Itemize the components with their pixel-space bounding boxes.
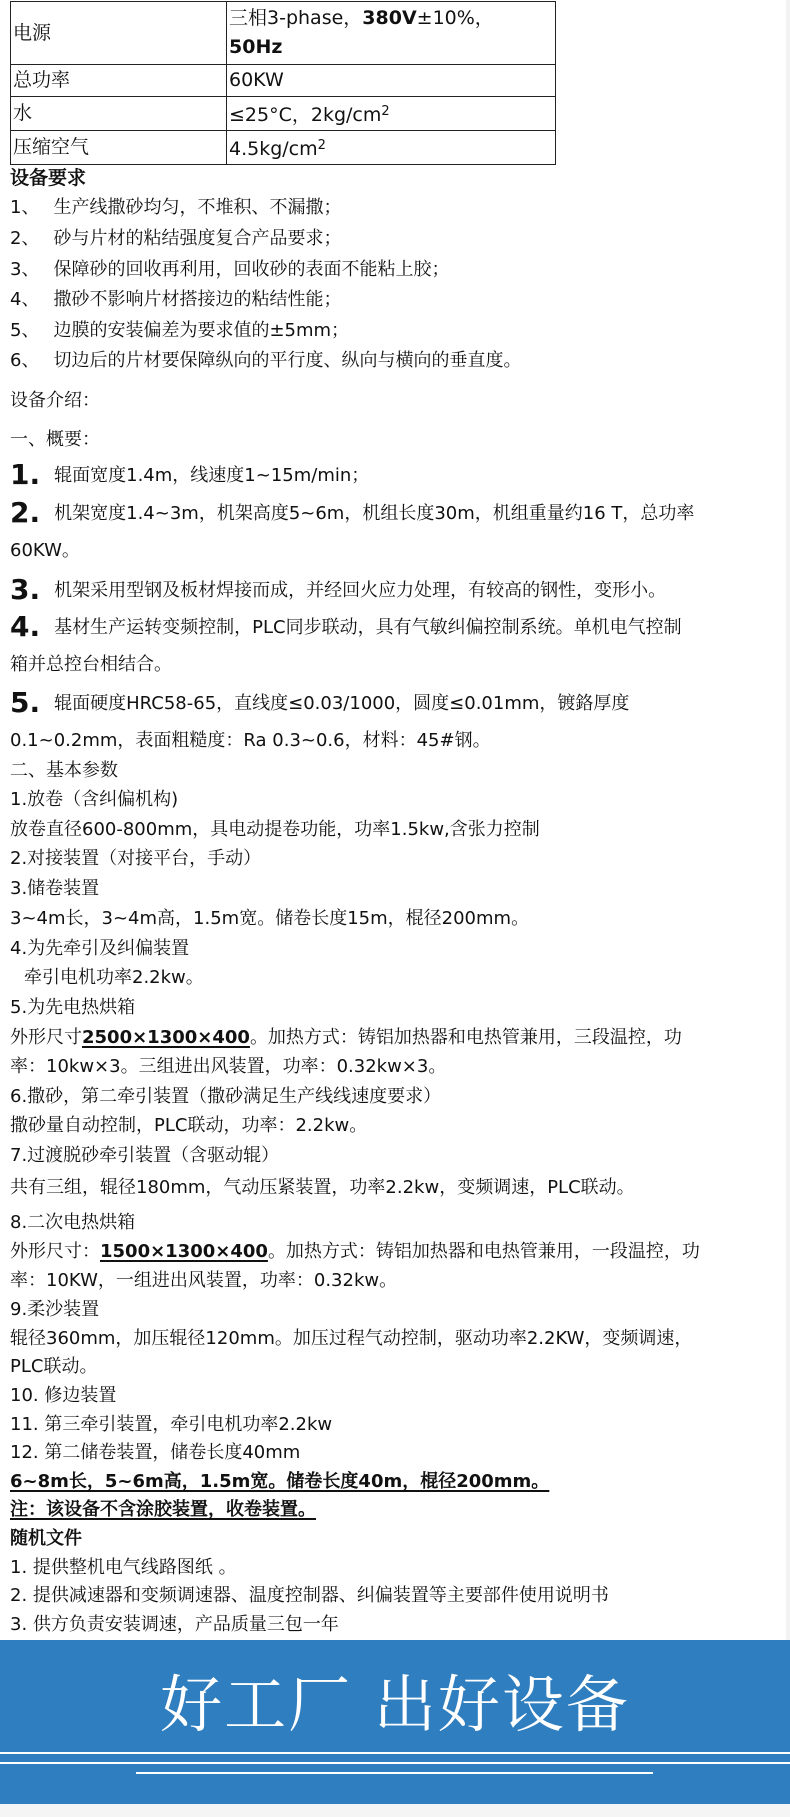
list-item: 2、砂与片材的粘结强度复合产品要求；: [10, 227, 341, 251]
spec-value: 三相3-phase，380V±10%，50Hz: [227, 2, 556, 65]
param-line: 共有三组，辊径180mm，气动压紧装置，功率2.2kw，变频调速，PLC联动。: [10, 1176, 635, 1200]
param-line: 2.对接装置（对接平台，手动）: [10, 847, 261, 871]
list-item: 1. 提供整机电气线路图纸 。: [10, 1556, 237, 1580]
list-item: 3、保障砂的回收再利用，回收砂的表面不能粘上胶；: [10, 258, 449, 282]
slogan-text: 好工厂 出好设备: [0, 1670, 790, 1740]
overview-title: 一、概要：: [10, 428, 100, 452]
list-item: 5、边膜的安装偏差为要求值的±5mm；: [10, 319, 349, 343]
spec-label: 水: [11, 97, 227, 131]
list-item: 5.辊面硬度HRC58-65，直线度≤0.03/1000，圆度≤0.01mm，镀…: [10, 691, 629, 716]
table-row: 总功率 60KW: [11, 65, 556, 97]
list-item-continuation: 箱并总控台相结合。: [10, 653, 172, 677]
param-line: 3.储卷装置: [10, 877, 99, 901]
requirements-title: 设备要求: [10, 166, 86, 190]
param-line: 外形尺寸2500×1300×400。加热方式：铸铝加热器和电热管兼用，三段温控，…: [10, 1026, 682, 1050]
spec-value: 60KW: [227, 65, 556, 97]
table-row: 水 ≤25°C，2kg/cm2: [11, 97, 556, 131]
note-line: 注：该设备不含涂胶装置，收卷装置。: [10, 1498, 316, 1522]
page-edge-strip: [786, 0, 790, 1640]
list-item: 3.机架采用型钢及板材焊接而成，并经回火应力处理，有较高的钢性，变形小。: [10, 578, 666, 603]
list-item-continuation: 60KW。: [10, 539, 80, 563]
spec-value: 4.5kg/cm2: [227, 131, 556, 165]
param-line: 牵引电机功率2.2kw。: [24, 966, 204, 990]
divider-line: [0, 1752, 790, 1754]
docs-title: 随机文件: [10, 1527, 82, 1551]
list-item: 1、生产线撒砂均匀，不堆积、不漏撒；: [10, 196, 341, 220]
param-line: 3~4m长，3~4m高，1.5m宽。储卷长度15m，棍径200mm。: [10, 907, 529, 931]
list-item: 3. 供方负责安装调速，产品质量三包一年: [10, 1613, 339, 1637]
table-row: 压缩空气 4.5kg/cm2: [11, 131, 556, 165]
param-line: 5.为先电热烘箱: [10, 996, 135, 1020]
param-line: 11. 第三牵引装置，牵引电机功率2.2kw: [10, 1413, 332, 1437]
params-title: 二、基本参数: [10, 759, 118, 783]
param-line: 6.撒砂，第二牵引装置（撒砂满足生产线线速度要求）: [10, 1085, 441, 1109]
param-line: 9.柔沙装置: [10, 1298, 99, 1322]
list-item: 1.辊面宽度1.4m，线速度1~15m/min；: [10, 463, 369, 488]
list-item: 2.机架宽度1.4~3m，机架高度5~6m，机组长度30m，机组重量约16 T，…: [10, 501, 694, 526]
power-spec-table: 电源 三相3-phase，380V±10%，50Hz 总功率 60KW 水 ≤2…: [10, 1, 556, 165]
list-item: 2. 提供减速器和变频调速器、温度控制器、纠偏装置等主要部件使用说明书: [10, 1584, 609, 1608]
intro-title: 设备介绍：: [10, 389, 100, 413]
slogan-banner: 好工厂 出好设备: [0, 1640, 790, 1804]
param-line: 10. 修边装置: [10, 1384, 116, 1408]
param-line-emphasis: 6~8m长，5~6m高，1.5m宽。储卷长度40m，棍径200mm。: [10, 1470, 549, 1494]
list-item: 6、切边后的片材要保障纵向的平行度、纵向与横向的垂直度。: [10, 349, 521, 373]
list-item-continuation: 0.1~0.2mm，表面粗糙度：Ra 0.3~0.6，材料：45#钢。: [10, 729, 491, 753]
param-line: 8.二次电热烘箱: [10, 1211, 135, 1235]
table-row: 电源 三相3-phase，380V±10%，50Hz: [11, 2, 556, 65]
param-line: 4.为先牵引及纠偏装置: [10, 937, 189, 961]
list-item: 4、撒砂不影响片材搭接边的粘结性能；: [10, 288, 341, 312]
param-line: 放卷直径600-800mm，具电动提卷功能，功率1.5kw,含张力控制: [10, 818, 540, 842]
param-line: PLC联动。: [10, 1355, 97, 1379]
spec-value: ≤25°C，2kg/cm2: [227, 97, 556, 131]
param-line: 辊径360mm，加压辊径120mm。加压过程气动控制，驱动功率2.2KW，变频调…: [10, 1327, 692, 1351]
param-line: 撒砂量自动控制，PLC联动，功率：2.2kw。: [10, 1114, 367, 1138]
spec-label: 电源: [11, 2, 227, 65]
param-line: 率：10kw×3。三组进出风装置，功率：0.32kw×3。: [10, 1055, 446, 1079]
param-line: 外形尺寸：1500×1300×400。加热方式：铸铝加热器和电热管兼用，一段温控…: [10, 1240, 700, 1264]
list-item: 4.基材生产运转变频控制，PLC同步联动，具有气敏纠偏控制系统。单机电气控制: [10, 615, 682, 640]
divider-line: [0, 1762, 790, 1764]
param-line: 率：10KW，一组进出风装置，功率：0.32kw。: [10, 1269, 397, 1293]
bottom-strip: [0, 1804, 790, 1817]
spec-label: 压缩空气: [11, 131, 227, 165]
divider-line-short: [136, 1772, 653, 1774]
param-line: 12. 第二储卷装置，储卷长度40mm: [10, 1441, 300, 1465]
param-line: 7.过渡脱砂牵引装置（含驱动辊）: [10, 1144, 279, 1168]
spec-label: 总功率: [11, 65, 227, 97]
param-line: 1.放卷（含纠偏机构): [10, 788, 178, 812]
